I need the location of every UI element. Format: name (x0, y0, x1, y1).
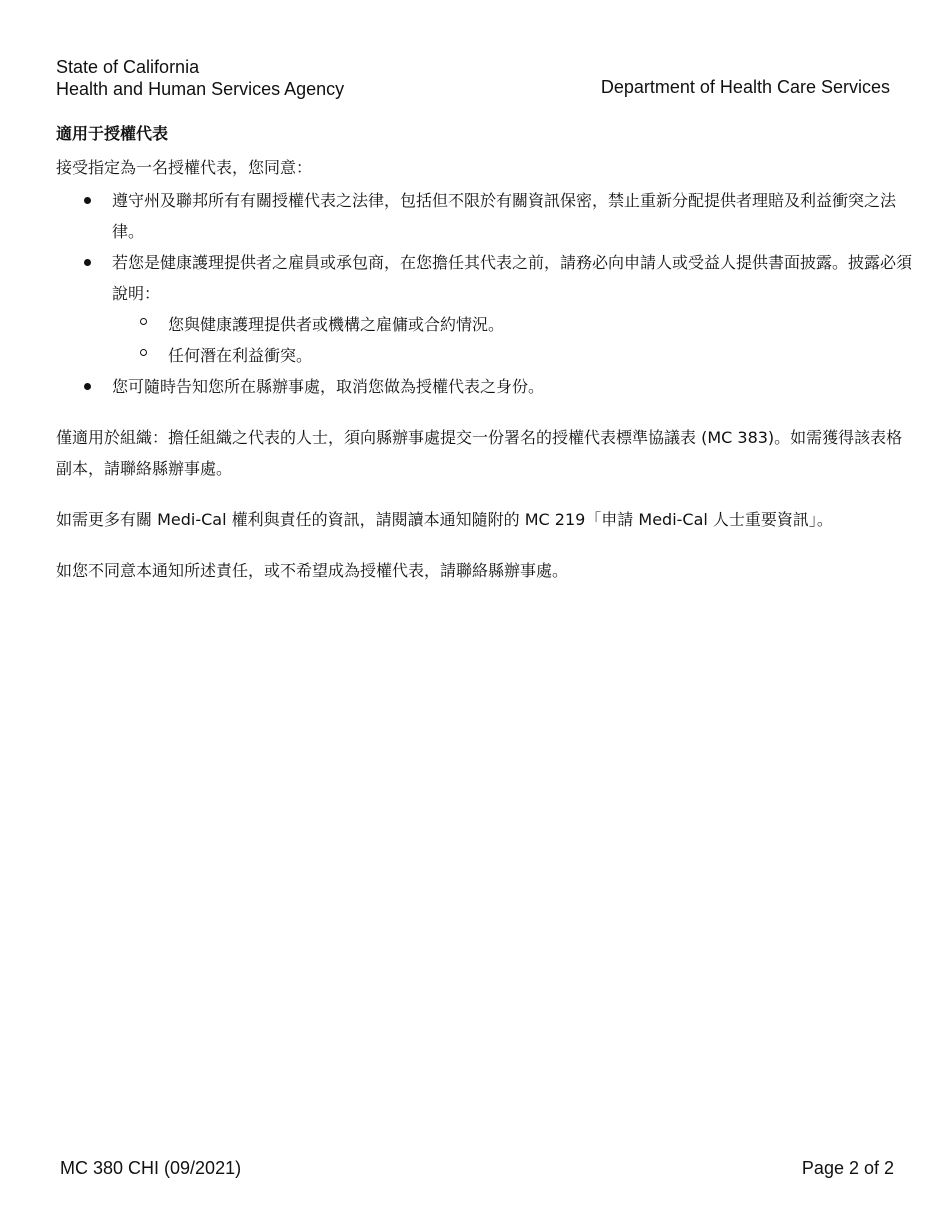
agency-name: Health and Human Services Agency (56, 78, 344, 100)
section-heading: 適用于授權代表 (56, 122, 916, 146)
organization-paragraph: 僅適用於組織：擔任組織之代表的人士，須向縣辦事處提交一份署名的授權代表標準協議表… (56, 422, 916, 484)
bullet-icon (84, 259, 91, 266)
agency-header: State of California Health and Human Ser… (56, 56, 344, 100)
medi-cal-info-paragraph: 如需更多有關 Medi-Cal 權利與責任的資訊，請閱讀本通知隨附的 MC 21… (56, 504, 916, 535)
bullet-icon (84, 197, 91, 204)
obligations-list: 遵守州及聯邦所有有關授權代表之法律，包括但不限於有關資訊保密，禁止重新分配提供者… (56, 185, 916, 402)
form-id: MC 380 CHI (09/2021) (60, 1158, 241, 1179)
disclosure-sublist: 您與健康護理提供者或機構之雇傭或合約情況。 任何潛在利益衝突。 (112, 309, 916, 371)
page-number: Page 2 of 2 (802, 1158, 894, 1179)
list-item: 若您是健康護理提供者之雇員或承包商，在您擔任其代表之前，請務必向申請人或受益人提… (56, 247, 916, 371)
hollow-bullet-icon (140, 318, 147, 325)
document-body: 適用于授權代表 接受指定為一名授權代表，您同意： 遵守州及聯邦所有有關授權代表之… (56, 122, 916, 586)
list-item: 您可隨時告知您所在縣辦事處，取消您做為授權代表之身份。 (56, 371, 916, 402)
department-name: Department of Health Care Services (601, 76, 890, 98)
disagree-paragraph: 如您不同意本通知所述責任，或不希望成為授權代表，請聯絡縣辦事處。 (56, 555, 916, 586)
section-intro: 接受指定為一名授權代表，您同意： (56, 152, 916, 183)
sub-list-item: 任何潛在利益衝突。 (112, 340, 916, 371)
state-name: State of California (56, 56, 344, 78)
list-item: 遵守州及聯邦所有有關授權代表之法律，包括但不限於有關資訊保密，禁止重新分配提供者… (56, 185, 916, 247)
sub-list-item: 您與健康護理提供者或機構之雇傭或合約情況。 (112, 309, 916, 340)
hollow-bullet-icon (140, 349, 147, 356)
bullet-icon (84, 383, 91, 390)
